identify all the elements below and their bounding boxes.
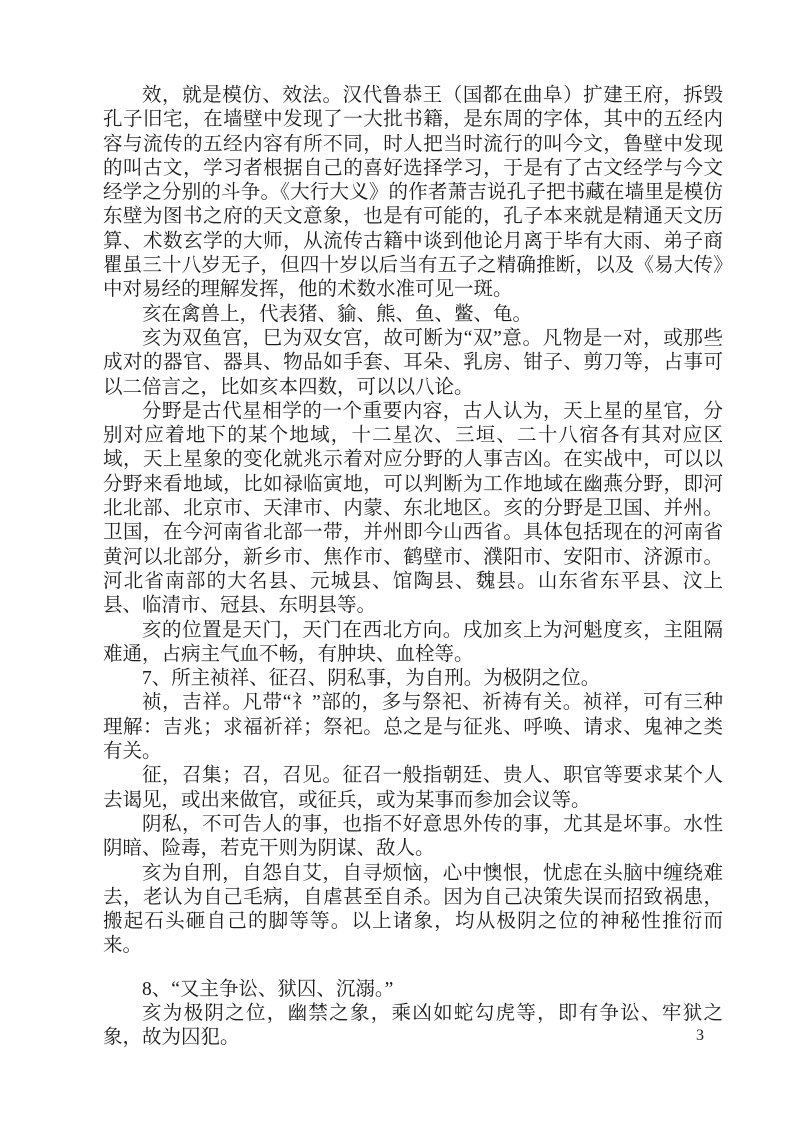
paragraph-prisoner: 亥为极阴之位，幽禁之象，乘凶如蛇勾虎等，即有争讼、牢狱之象，故为囚犯。 <box>103 1002 723 1051</box>
paragraph-yinsi-secrets: 阴私，不可告人的事，也指不好意思外传的事，尤其是坏事。水性阴暗、险毒，若克干则为… <box>103 813 723 862</box>
paragraph-zheng-summon: 征，召集；召，召见。征召一般指朝廷、贵人、职官等要求某个人去谒见，或出来做官，或… <box>103 764 723 813</box>
paragraph-tianmen-position: 亥的位置是天门，天门在西北方向。戌加亥上为河魁度亥，主阻隔难通，占病主气血不畅，… <box>103 619 723 668</box>
text-block: 效，就是模仿、效法。汉代鲁恭王（国都在曲阜）扩建王府，拆毁孔子旧宅，在墙壁中发现… <box>103 84 723 1051</box>
paragraph-hai-animals: 亥在禽兽上，代表猪、貐、熊、鱼、鳖、龟。 <box>103 303 723 327</box>
page-number: 3 <box>690 1026 710 1046</box>
document-page: 效，就是模仿、效法。汉代鲁恭王（国都在曲阜）扩建王府，拆毁孔子旧宅，在墙壁中发现… <box>0 0 794 1122</box>
paragraph-zhen-auspice: 祯，吉祥。凡带“礻”部的，多与祭祀、祈祷有关。祯祥，可有三种理解：吉兆；求福祈祥… <box>103 691 723 764</box>
section-heading-7: 7、所主祯祥、征召、阴私事，为自刑。为极阴之位。 <box>103 667 723 691</box>
paragraph-pisces-pairs: 亥为双鱼宫，巳为双女宫，故可断为“双”意。凡物是一对，或那些成对的器官、器具、物… <box>103 327 723 400</box>
section-heading-8: 8、“又主争讼、狱囚、沉溺。” <box>103 978 723 1002</box>
paragraph-fenye-regions: 分野是古代星相学的一个重要内容，古人认为，天上星的星官，分别对应着地下的某个地域… <box>103 400 723 619</box>
paragraph-xiao-imitation: 效，就是模仿、效法。汉代鲁恭王（国都在曲阜）扩建王府，拆毁孔子旧宅，在墙壁中发现… <box>103 84 723 303</box>
paragraph-self-punishment: 亥为自刑，自怨自艾，自寻烦恼，心中懊恨，忧虑在头脑中缠绕难去，老认为自己毛病，自… <box>103 862 723 959</box>
